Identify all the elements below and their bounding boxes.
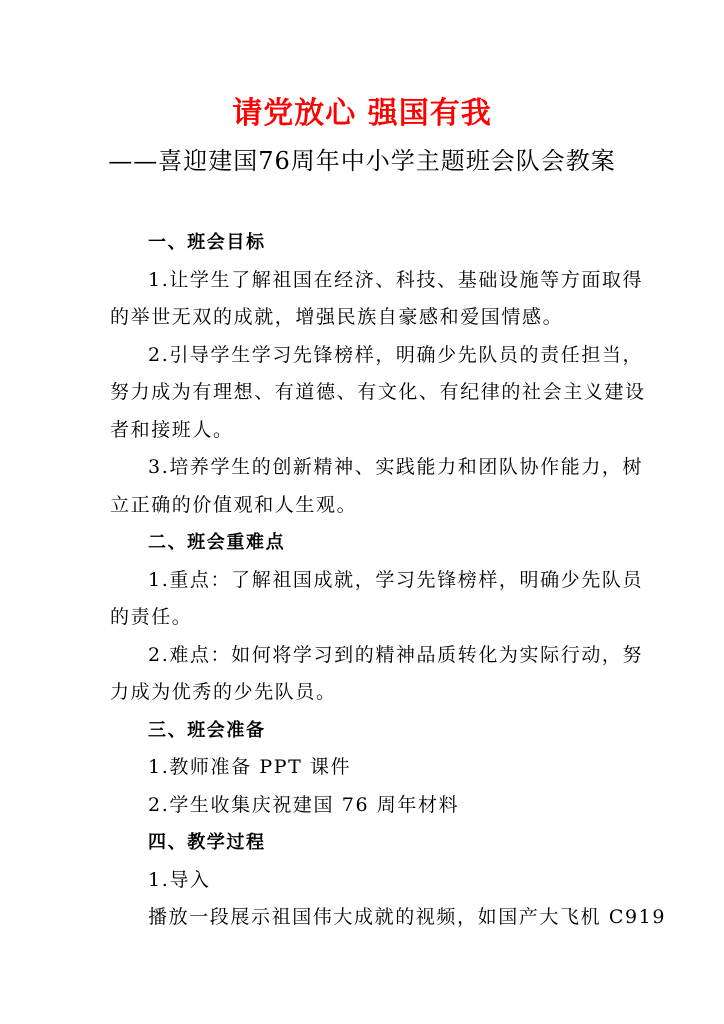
section-heading-process: 四、教学过程 xyxy=(110,824,618,862)
paragraph-line: 2.难点：如何将学习到的精神品质转化为实际行动，努 xyxy=(110,637,618,675)
paragraph-line: 努力成为有理想、有道德、有文化、有纪律的社会主义建设 xyxy=(110,374,618,412)
paragraph-line: 3.培养学生的创新精神、实践能力和团队协作能力，树 xyxy=(110,449,618,487)
paragraph-line: 1.让学生了解祖国在经济、科技、基础设施等方面取得 xyxy=(110,262,618,300)
paragraph-line: 的举世无双的成就，增强民族自豪感和爱国情感。 xyxy=(110,299,618,337)
document-body: 一、班会目标 1.让学生了解祖国在经济、科技、基础设施等方面取得 的举世无双的成… xyxy=(110,224,618,937)
paragraph-line: 播放一段展示祖国伟大成就的视频，如国产大飞机 C919 xyxy=(110,899,618,937)
document-title: 请党放心 强国有我 xyxy=(0,92,724,136)
paragraph-line: 2.引导学生学习先锋榜样，明确少先队员的责任担当， xyxy=(110,337,618,375)
paragraph-line: 1.教师准备 PPT 课件 xyxy=(110,749,618,787)
section-heading-goals: 一、班会目标 xyxy=(110,224,618,262)
paragraph-line: 力成为优秀的少先队员。 xyxy=(110,674,618,712)
section-heading-key-points: 二、班会重难点 xyxy=(110,524,618,562)
document-page: 请党放心 强国有我 ——喜迎建国76周年中小学主题班会队会教案 一、班会目标 1… xyxy=(0,0,724,1024)
document-subtitle: ——喜迎建国76周年中小学主题班会队会教案 xyxy=(0,143,724,179)
paragraph-line: 1.重点：了解祖国成就，学习先锋榜样，明确少先队员 xyxy=(110,562,618,600)
section-heading-preparation: 三、班会准备 xyxy=(110,712,618,750)
paragraph-line: 2.学生收集庆祝建国 76 周年材料 xyxy=(110,787,618,825)
paragraph-line: 者和接班人。 xyxy=(110,412,618,450)
paragraph-line: 1.导入 xyxy=(110,862,618,900)
paragraph-line: 立正确的价值观和人生观。 xyxy=(110,487,618,525)
paragraph-line: 的责任。 xyxy=(110,599,618,637)
